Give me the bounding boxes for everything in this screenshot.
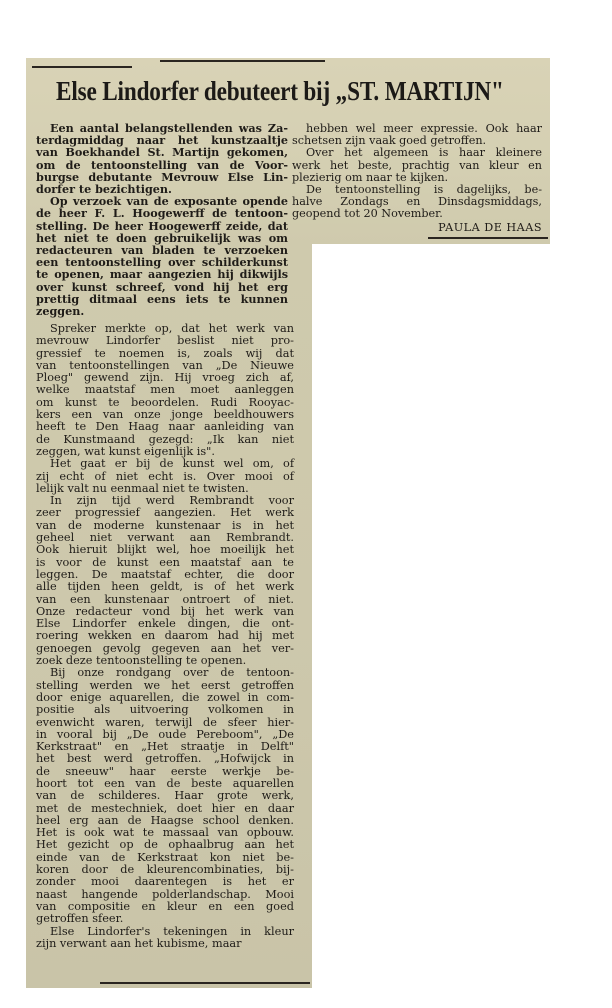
text-line: Ook hieruit blijkt wel, hoe moeilijk het [36,544,294,556]
paragraph: De tentoonstelling is dagelijks, be-halv… [292,184,542,221]
text-line: zonder mooi daarentegen is het er [36,876,294,888]
byline-wrap: PAULA DE HAAS [292,221,542,234]
text-line: stelling. De heer Hoogewerff zeide, dat [36,220,288,232]
text-line: evenwicht waren, terwijl de sfeer hier- [36,717,294,729]
paragraph: Spreker merkte op, dat het werk vanmevro… [36,323,294,458]
text-line: om de tentoonstelling van de Voor- [36,159,288,171]
paragraph: Bij onze rondgang over de tentoon-stelli… [36,667,294,925]
text-line: zeggen. [36,305,288,317]
byline: PAULA DE HAAS [292,222,542,234]
text-line: over kunst schreef, vond hij het erg [36,281,288,293]
text-line: Het gaat er bij de kunst wel om, of [36,458,294,470]
text-line: Over het algemeen is haar kleinere [292,147,542,159]
intro-column: Een aantal belangstellenden was Za-terda… [36,122,288,317]
text-line: geopend tot 20 November. [292,208,542,220]
text-line: zeer progressief aangezien. Het werk [36,507,294,519]
text-line: te openen, maar aangezien hij dikwijls [36,268,288,280]
right-column: hebben wel meer expressie. Ook haarschet… [292,123,542,221]
text-line: getroffen sfeer. [36,913,294,925]
paragraph: In zijn tijd werd Rembrandt voorzeer pro… [36,495,294,667]
body-column: Spreker merkte op, dat het werk vanmevro… [36,323,294,950]
bottom-rule [100,982,310,984]
article-headline: Else Lindorfer debuteert bij „ST. MARTIJ… [56,76,469,107]
text-line: van Boekhandel St. Martijn gekomen, [36,146,288,158]
text-line: Else Lindorfer's tekeningen in kleur [36,926,294,938]
text-line: positie als uitvoering volkomen in [36,704,294,716]
text-line: het best werd getroffen. „Hofwijck in [36,753,294,765]
text-line: roering wekken en daarom had hij met [36,630,294,642]
text-line: van een kunstenaar ontroert of niet. [36,594,294,606]
paragraph: hebben wel meer expressie. Ook haarschet… [292,123,542,147]
text-line: de heer F. L. Hoogewerff de tentoon- [36,207,288,219]
text-line: Het gezicht op de ophaalbrug aan het [36,839,294,851]
text-line: van de schilderes. Haar grote werk, [36,790,294,802]
paragraph: Een aantal belangstellenden was Za-terda… [36,122,288,195]
text-line: alle tijden heen geldt, is of het werk [36,581,294,593]
paragraph: Op verzoek van de exposante opendede hee… [36,195,288,317]
text-line: Bij onze rondgang over de tentoon- [36,667,294,679]
text-line: zij echt of niet echt is. Over mooi of [36,471,294,483]
text-line: werk het beste, prachtig van kleur en [292,160,542,172]
paragraph: Over het algemeen is haar kleinerewerk h… [292,147,542,184]
paragraph: Het gaat er bij de kunst wel om, ofzij e… [36,458,294,495]
column-end-rule [428,237,548,239]
top-rule [160,60,325,62]
text-line: welke maatstaf men moet aanleggen [36,384,294,396]
paragraph: Else Lindorfer's tekeningen in kleurzijn… [36,926,294,951]
top-rule [32,66,132,68]
text-line: mevrouw Lindorfer beslist niet pro- [36,335,294,347]
text-line: zijn verwant aan het kubisme, maar [36,938,294,950]
text-line: heeft te Den Haag naar aanleiding van [36,421,294,433]
